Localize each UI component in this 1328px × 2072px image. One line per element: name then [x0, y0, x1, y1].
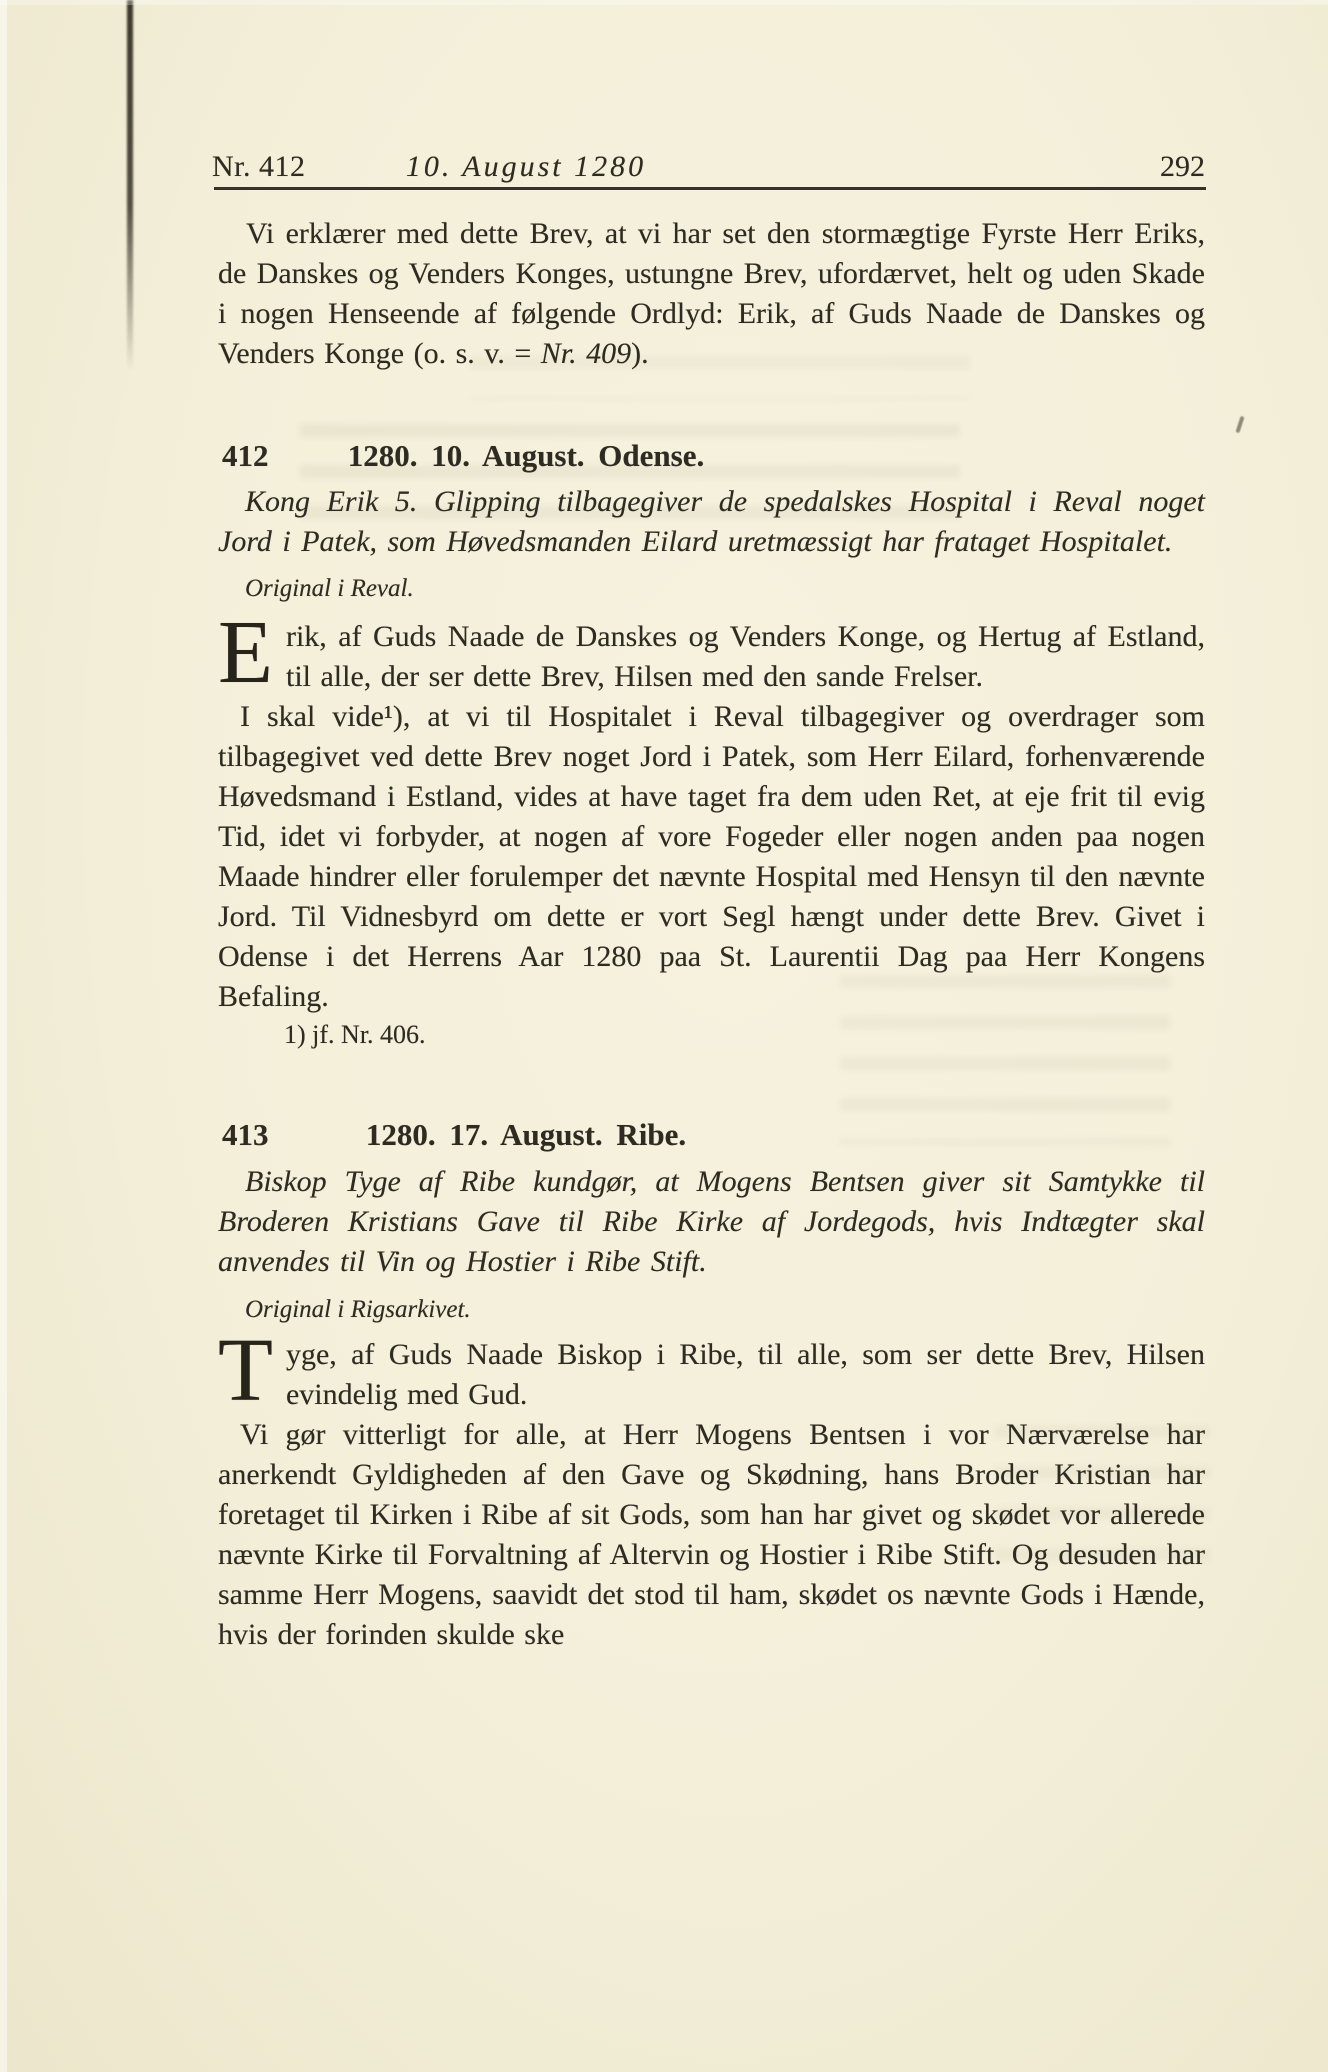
entry-413-source-note: Original i Rigsarkivet. [245, 1295, 1232, 1325]
intro-close: ). [631, 337, 649, 370]
entry-412-dropcap: E [218, 621, 286, 691]
intro-cross-reference: Nr. 409 [541, 337, 631, 370]
running-header-entry-number: Nr. 412 [212, 150, 306, 184]
scan-fold-shadow [127, 0, 133, 370]
entry-413-paragraph-1: Tyge, af Guds Naade Biskop i Ribe, til a… [218, 1335, 1205, 1415]
entry-412-heading-row: 412 1280. 10. August. Odense. [218, 438, 1205, 478]
entry-412-source-note: Original i Reval. [245, 574, 1232, 604]
entry-412-number: 412 [222, 438, 269, 474]
running-header-date: 10. August 1280 [406, 150, 646, 184]
entry-413-dropcap: T [218, 1339, 286, 1409]
page-number: 292 [1160, 150, 1205, 184]
entry-413-summary: Biskop Tyge af Ribe kundgør, at Mogens B… [218, 1162, 1205, 1282]
running-header: Nr. 412 10. August 1280 292 [218, 150, 1205, 186]
entry-413-body: Tyge, af Guds Naade Biskop i Ribe, til a… [218, 1335, 1205, 1655]
entry-412-paragraph-2: I skal vide¹), at vi til Hospitalet i Re… [218, 697, 1205, 1017]
entry-412-date-place: 1280. 10. August. Odense. [348, 438, 704, 474]
intro-paragraph: Vi erklærer med dette Brev, at vi har se… [218, 214, 1205, 374]
entry-412-paragraph-1-text: rik, af Guds Naade de Danskes og Venders… [286, 620, 1205, 693]
entry-412-footnote: 1) jf. Nr. 406. [284, 1018, 1271, 1052]
book-page-scan: Nr. 412 10. August 1280 292 Vi erklærer … [0, 0, 1328, 2072]
intro-text: Vi erklærer med dette Brev, at vi har se… [218, 217, 1205, 370]
entry-412-summary: Kong Erik 5. Glipping tilbagegiver de sp… [218, 482, 1205, 562]
entry-412-paragraph-1: Erik, af Guds Naade de Danskes og Vender… [218, 617, 1205, 697]
entry-413-paragraph-2: Vi gør vitterligt for alle, at Herr Moge… [218, 1415, 1205, 1655]
entry-413-date-place: 1280. 17. August. Ribe. [366, 1117, 686, 1153]
scan-left-edge [0, 0, 7, 2072]
entry-413-paragraph-1-text: yge, af Guds Naade Biskop i Ribe, til al… [286, 1338, 1205, 1411]
entry-413-number: 413 [222, 1117, 269, 1153]
stray-ink-mark [1235, 416, 1244, 433]
scan-top-edge [0, 0, 1328, 5]
header-rule [214, 187, 1206, 190]
entry-413-heading-row: 413 1280. 17. August. Ribe. [218, 1117, 1205, 1157]
entry-412-body: Erik, af Guds Naade de Danskes og Vender… [218, 617, 1205, 1017]
